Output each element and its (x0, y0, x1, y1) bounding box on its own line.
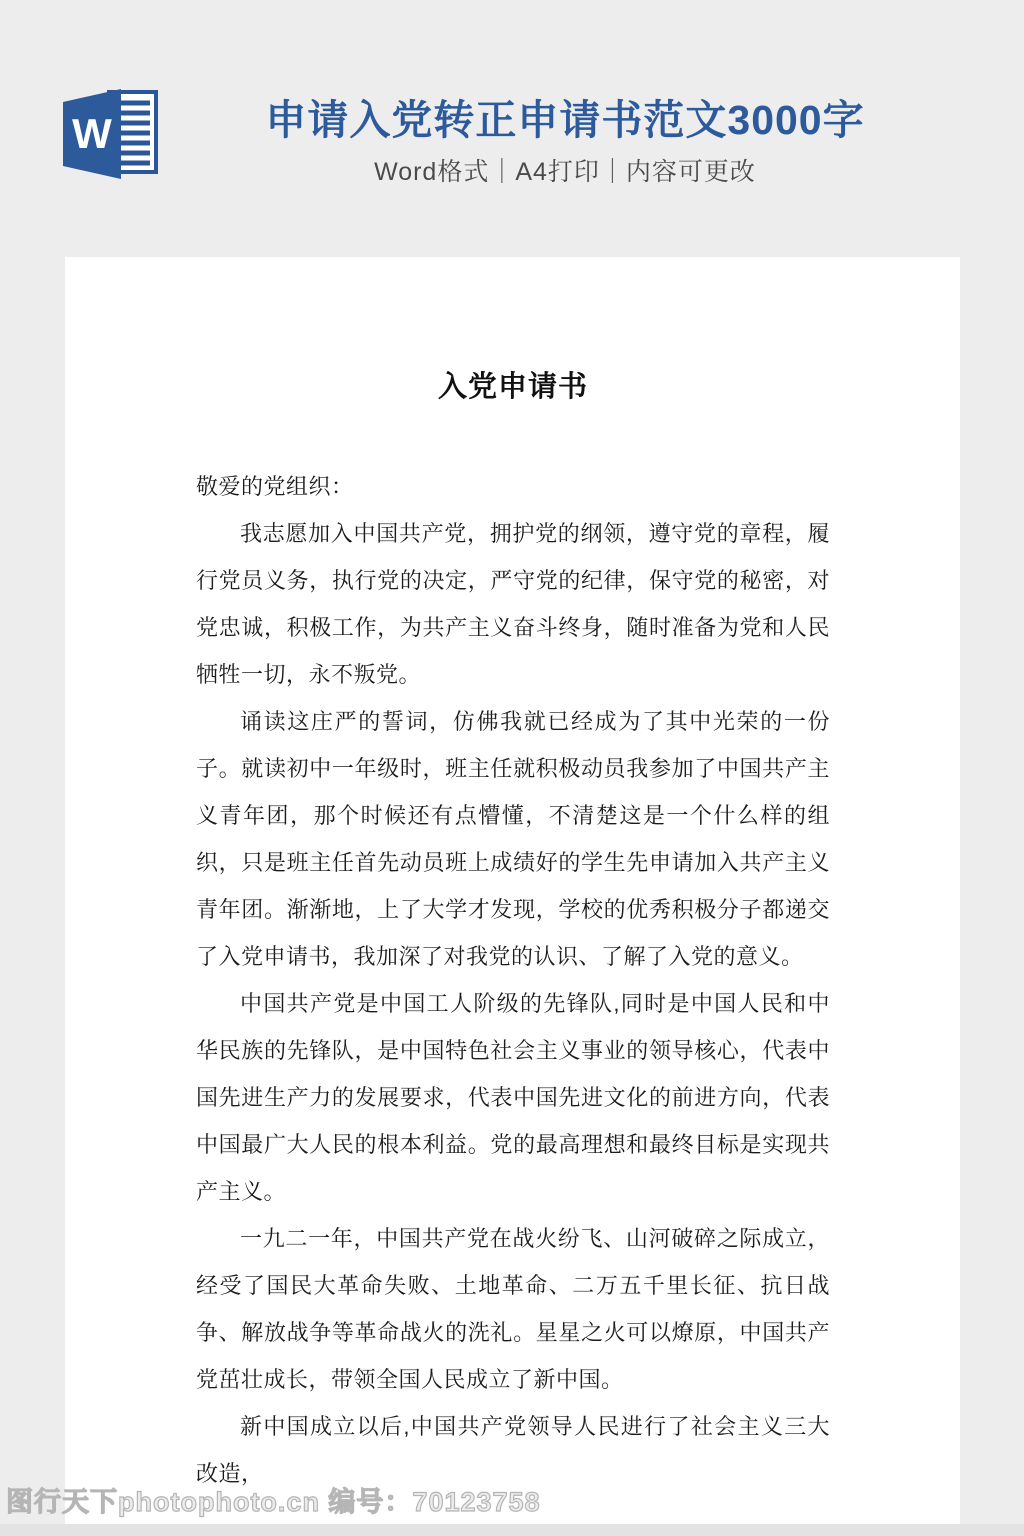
document-body: 我志愿加入中国共产党，拥护党的纲领，遵守党的章程，履行党员义务，执行党的决定，严… (196, 510, 830, 1497)
page-canvas: W 申请入党转正申请书范文3000字 Word格式｜A4打印｜内容可更改 入党申… (0, 0, 1024, 1536)
document-paragraph: 新中国成立以后,中国共产党领导人民进行了社会主义三大改造， (196, 1403, 830, 1497)
word-icon-letter: W (72, 110, 112, 157)
word-icon-sheet-lines (117, 103, 150, 163)
word-icon-graphic: W (57, 84, 163, 184)
document-page: 入党申请书 敬爱的党组织： 我志愿加入中国共产党，拥护党的纲领，遵守党的章程，履… (65, 257, 960, 1525)
document-paragraph: 一九二一年，中国共产党在战火纷飞、山河破碎之际成立，经受了国民大革命失败、土地革… (196, 1215, 830, 1403)
watermark-text: 图行天下photophoto.cn 编号：70123758 (6, 1484, 541, 1520)
document-salutation: 敬爱的党组织： (196, 463, 830, 510)
document-title: 入党申请书 (196, 364, 830, 411)
bottom-band (0, 1524, 1024, 1536)
document-paragraph: 中国共产党是中国工人阶级的先锋队,同时是中国人民和中华民族的先锋队，是中国特色社… (196, 980, 830, 1215)
word-icon: W (57, 84, 163, 184)
page-subtitle: Word格式｜A4打印｜内容可更改 (170, 157, 960, 187)
page-title: 申请入党转正申请书范文3000字 (170, 94, 960, 146)
document-paragraph: 我志愿加入中国共产党，拥护党的纲领，遵守党的章程，履行党员义务，执行党的决定，严… (196, 510, 830, 698)
header-text: 申请入党转正申请书范文3000字 Word格式｜A4打印｜内容可更改 (170, 94, 960, 187)
document-paragraph: 诵读这庄严的誓词，仿佛我就已经成为了其中光荣的一份子。就读初中一年级时，班主任就… (196, 698, 830, 980)
